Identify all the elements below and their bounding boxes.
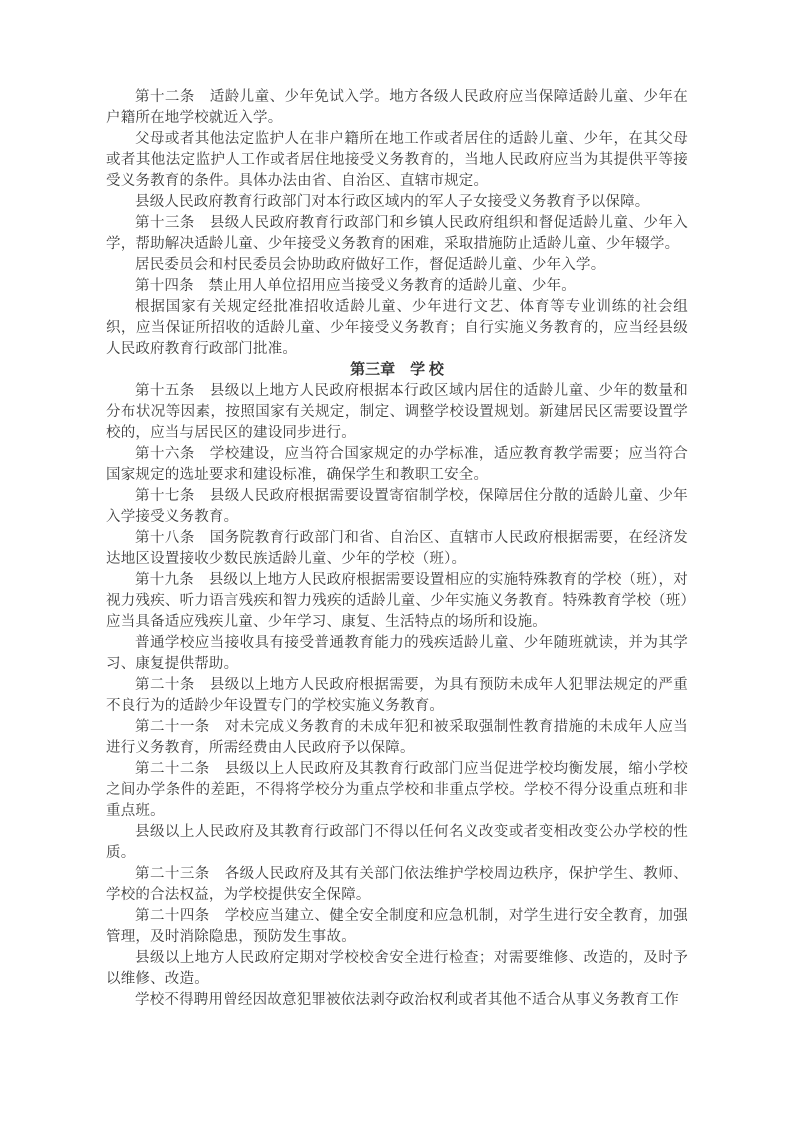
- article-22-paragraph: 第二十二条 县级以上人民政府及其教育行政部门应当促进学校均衡发展，缩小学校之间办…: [106, 759, 688, 822]
- law-paragraph: 县级人民政府教育行政部门对本行政区域内的军人子女接受义务教育予以保障。: [106, 192, 688, 213]
- article-15-paragraph: 第十五条 县级以上地方人民政府根据本行政区域内居住的适龄儿童、少年的数量和分布状…: [106, 381, 688, 444]
- article-13-paragraph: 第十三条 县级人民政府教育行政部门和乡镇人民政府组织和督促适龄儿童、少年入学，帮…: [106, 213, 688, 255]
- document-body: 第十二条 适龄儿童、少年免试入学。地方各级人民政府应当保障适龄儿童、少年在户籍所…: [106, 87, 688, 1011]
- article-14-paragraph: 第十四条 禁止用人单位招用应当接受义务教育的适龄儿童、少年。: [106, 276, 688, 297]
- article-21-paragraph: 第二十一条 对未完成义务教育的未成年犯和被采取强制性教育措施的未成年人应当进行义…: [106, 717, 688, 759]
- article-23-paragraph: 第二十三条 各级人民政府及其有关部门依法维护学校周边秩序，保护学生、教师、学校的…: [106, 864, 688, 906]
- law-paragraph-truncated: 学校不得聘用曾经因故意犯罪被依法剥夺政治权利或者其他不适合从事义务教育工作: [106, 990, 688, 1011]
- article-12-paragraph: 第十二条 适龄儿童、少年免试入学。地方各级人民政府应当保障适龄儿童、少年在户籍所…: [106, 87, 688, 129]
- law-paragraph: 居民委员会和村民委员会协助政府做好工作，督促适龄儿童、少年入学。: [106, 255, 688, 276]
- law-paragraph: 父母或者其他法定监护人在非户籍所在地工作或者居住的适龄儿童、少年，在其父母或者其…: [106, 129, 688, 192]
- article-16-paragraph: 第十六条 学校建设，应当符合国家规定的办学标准，适应教育教学需要；应当符合国家规…: [106, 444, 688, 486]
- law-paragraph: 普通学校应当接收具有接受普通教育能力的残疾适龄儿童、少年随班就读，并为其学习、康…: [106, 633, 688, 675]
- law-paragraph: 根据国家有关规定经批准招收适龄儿童、少年进行文艺、体育等专业训练的社会组织，应当…: [106, 297, 688, 360]
- article-18-paragraph: 第十八条 国务院教育行政部门和省、自治区、直辖市人民政府根据需要，在经济发达地区…: [106, 528, 688, 570]
- chapter-heading: 第三章 学 校: [106, 360, 688, 381]
- article-19-paragraph: 第十九条 县级以上地方人民政府根据需要设置相应的实施特殊教育的学校（班），对视力…: [106, 570, 688, 633]
- law-paragraph: 县级以上人民政府及其教育行政部门不得以任何名义改变或者变相改变公办学校的性质。: [106, 822, 688, 864]
- article-17-paragraph: 第十七条 县级人民政府根据需要设置寄宿制学校，保障居住分散的适龄儿童、少年入学接…: [106, 486, 688, 528]
- article-20-paragraph: 第二十条 县级以上地方人民政府根据需要，为具有预防未成年人犯罪法规定的严重不良行…: [106, 675, 688, 717]
- document-page: 第十二条 适龄儿童、少年免试入学。地方各级人民政府应当保障适龄儿童、少年在户籍所…: [0, 0, 793, 1122]
- law-paragraph: 县级以上地方人民政府定期对学校校舍安全进行检查；对需要维修、改造的，及时予以维修…: [106, 948, 688, 990]
- article-24-paragraph: 第二十四条 学校应当建立、健全安全制度和应急机制，对学生进行安全教育，加强管理，…: [106, 906, 688, 948]
